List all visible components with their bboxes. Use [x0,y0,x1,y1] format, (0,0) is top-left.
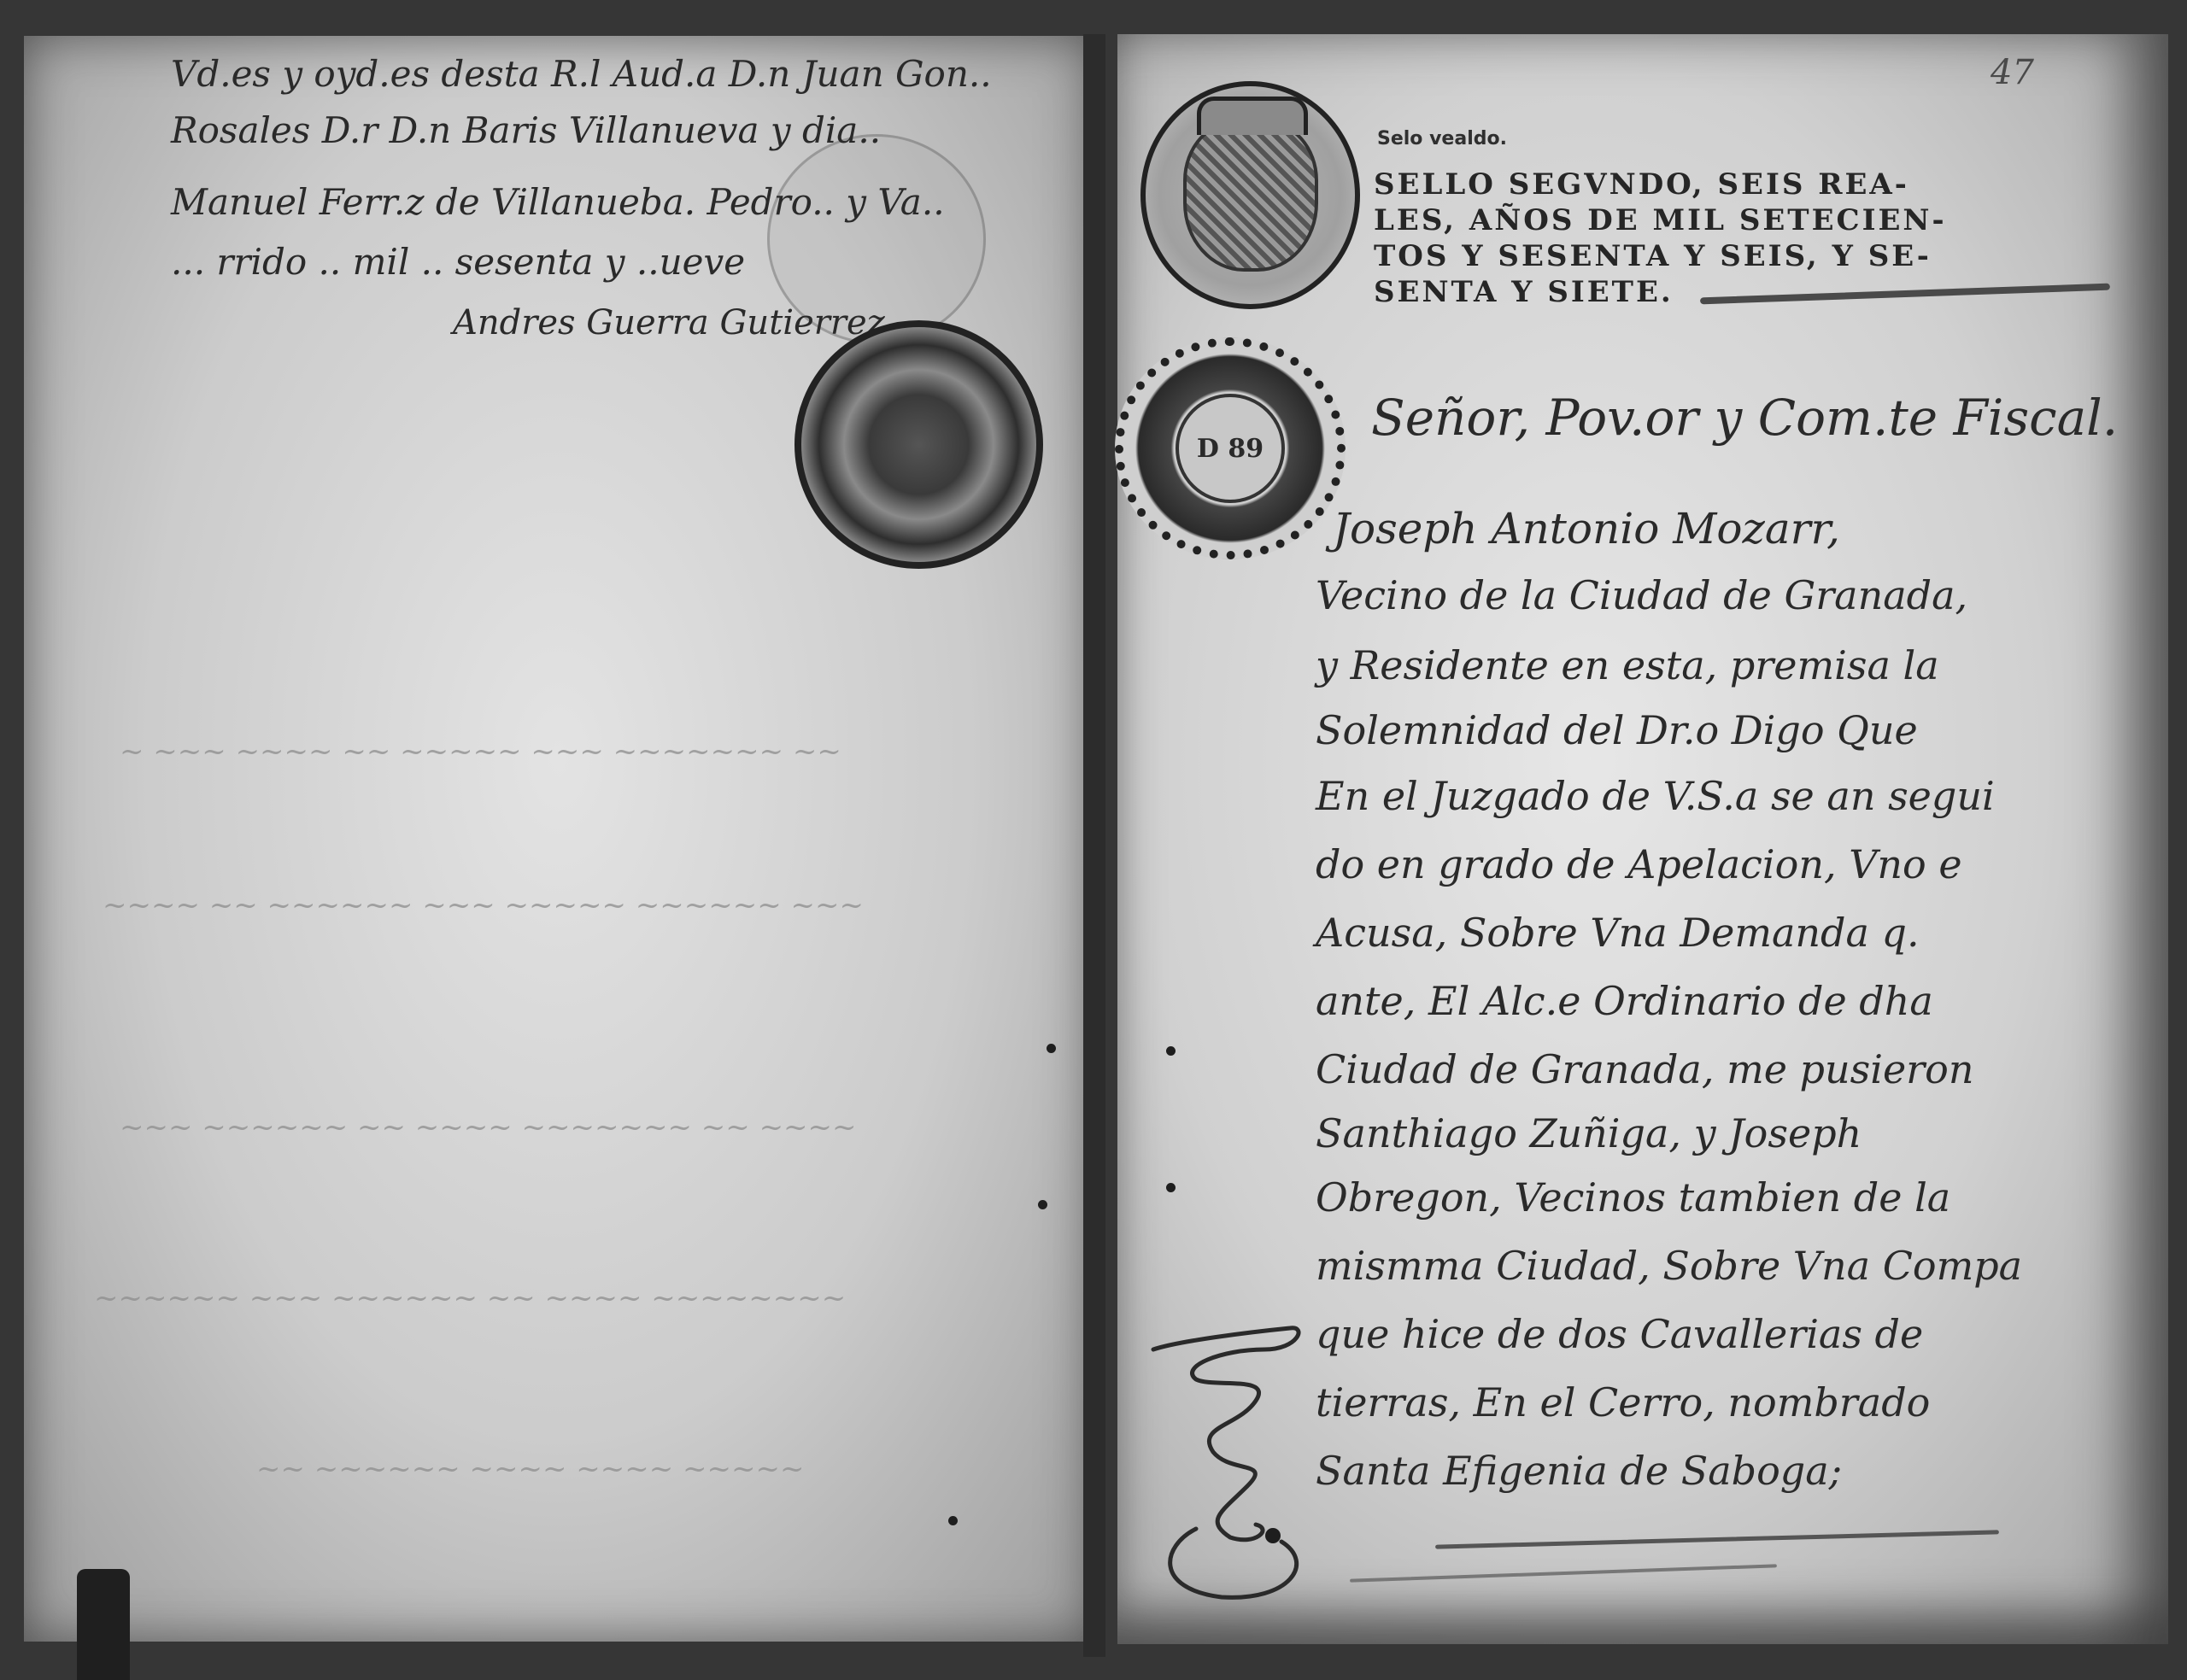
manuscript-line-4: y Residente en esta, premisa la [1316,642,1939,688]
manuscript-line-12: Obregon, Vecinos tambien de la [1316,1174,1950,1220]
book-gutter [1083,34,1105,1657]
folio-number: 47 [1991,53,2034,92]
bleed-through-text: ~~~~ ~~ ~~~~~~ ~~~ ~~~~~ ~~~~~~ ~~~ [103,888,864,922]
stamp-line-3: TOS Y SESENTA Y SEIS, Y SE- [1374,238,2040,274]
revenue-seal-center: D 89 [1176,394,1285,503]
manuscript-line-14: que hice de dos Cavallerias de [1316,1311,1923,1357]
left-note-line-2: Rosales D.r D.n Baris Villanueva y dia.. [171,109,881,151]
crown-icon [1197,97,1308,135]
manuscript-line-15: tierras, En el Cerro, nombrado [1316,1379,1930,1425]
manuscript-line-9: ante, El Alc.e Ordinario de dha [1316,978,1933,1024]
manuscript-line-10: Ciudad de Granada, me pusieron [1316,1046,1973,1092]
manuscript-line-13: mismma Ciudad, Sobre Vna Compa [1316,1243,2022,1289]
ink-dot [1047,1044,1056,1053]
left-note-line-3: Manuel Ferr.z de Villanueba. Pedro.. y V… [171,181,945,223]
manuscript-line-16: Santa Efigenia de Saboga; [1316,1448,1842,1494]
bleed-through-text: ~~~~~~ ~~~ ~~~~~~ ~~ ~~~~ ~~~~~~~~ [94,1281,846,1315]
ink-dot [1038,1200,1047,1209]
stamp-line-2: LES, AÑOS DE MIL SETECIEN- [1374,202,2040,238]
revenue-seal: D 89 [1115,337,1346,559]
scanned-document: Vd.es y oyd.es desta R.l Aud.a D.n Juan … [0,0,2187,1680]
rubric-flourish-icon [1145,1315,1316,1606]
manuscript-line-5: Solemnidad del Dr.o Digo Que [1316,707,1918,753]
royal-seal [1140,81,1360,309]
left-note-line-1: Vd.es y oyd.es desta R.l Aud.a D.n Juan … [171,53,992,95]
bleed-through-text: ~~~ ~~~~~~ ~~ ~~~~ ~~~~~~~ ~~ ~~~~ [120,1110,857,1144]
coat-of-arms-icon [1183,120,1318,272]
ink-dot [948,1516,958,1525]
manuscript-line-11: Santhiago Zuñiga, y Joseph [1316,1110,1862,1156]
ink-dot [1166,1046,1176,1056]
bleed-through-text: ~ ~~~ ~~~~ ~~ ~~~~~ ~~~ ~~~~~~~ ~~ [120,735,841,769]
left-ink-seal [794,320,1043,569]
binding-clip [77,1569,130,1680]
manuscript-line-3: Vecino de la Ciudad de Granada, [1316,572,1967,618]
manuscript-line-7: do en grado de Apelacion, Vno e [1316,841,1962,887]
ink-dot [1166,1183,1176,1192]
stamp-heading: Selo vealdo. [1377,128,1507,149]
left-signature: Andres Guerra Gutierrez [453,303,885,342]
stamp-line-1: SELLO SEGVNDO, SEIS REA- [1374,167,2040,202]
manuscript-line-6: En el Juzgado de V.S.a se an segui [1316,773,1995,819]
manuscript-line-8: Acusa, Sobre Vna Demanda q. [1316,910,1920,956]
bleed-through-text: ~~ ~~~~~~ ~~~~ ~~~~ ~~~~~ [256,1452,804,1486]
manuscript-line-2: Joseph Antonio Mozarr, [1333,504,1840,553]
left-note-line-4: ... rrido .. mil .. sesenta y ..ueve [171,241,745,283]
manuscript-line-1: Señor, Pov.or y Com.te Fiscal. [1371,389,2118,447]
